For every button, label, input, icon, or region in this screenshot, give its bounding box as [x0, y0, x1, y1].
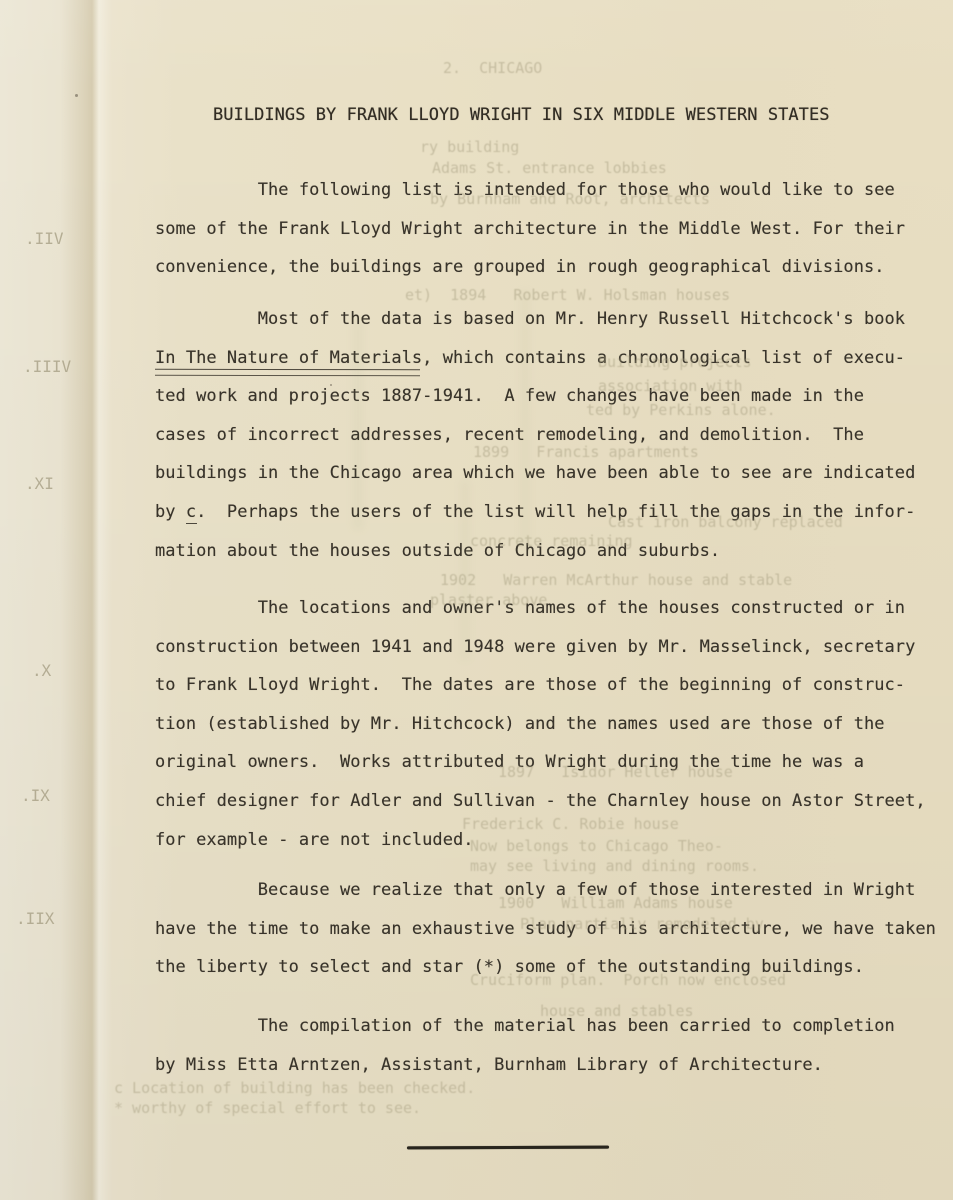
ghost-text: Building projects: [598, 353, 752, 371]
ghost-text: Cruciform plan. Porch now enclosed: [470, 971, 786, 989]
bleedthrough-numeral: VIII.: [23, 358, 71, 376]
ghost-text: 1899 Francis apartments: [473, 443, 699, 461]
ghost-text: Plan partially remodeled by: [520, 915, 764, 933]
ghost-text: 1897 Isidor Heller house: [498, 763, 733, 781]
ink-smudge: [460, 480, 470, 660]
ghost-text: ry building: [420, 138, 519, 156]
ghost-text: plaster above: [430, 591, 547, 609]
bleedthrough-numeral: VII.: [25, 230, 64, 248]
paragraph: The compilation of the material has been…: [155, 1007, 895, 1084]
page-title: BUILDINGS BY FRANK LLOYD WRIGHT IN SIX M…: [213, 96, 830, 135]
paper-speckle: [867, 226, 869, 228]
bleedthrough-numeral: XII.: [16, 910, 55, 928]
ghost-text: house and stables: [540, 1002, 694, 1020]
marker-c-underline: [186, 523, 197, 524]
ink-smudge: [520, 290, 530, 550]
ghost-text: concrete remaining: [470, 532, 633, 550]
paper-speckle: [330, 384, 332, 386]
paragraph: The following list is intended for those…: [155, 171, 905, 287]
ghost-text: Now belongs to Chicago Theo-: [470, 837, 723, 855]
text-line: Most of the data is based on Mr. Henry R…: [155, 300, 915, 339]
text-line: The compilation of the material has been…: [155, 1007, 895, 1046]
ghost-text: 2. CHICAGO: [443, 59, 542, 77]
ghost-text: et) 1894 Robert W. Holsman houses: [405, 286, 730, 304]
ghost-text: association with: [598, 377, 743, 395]
ghost-text: by Burnham and Root, architects: [430, 190, 710, 208]
ghost-text: ted by Perkins alone.: [586, 401, 776, 419]
bleedthrough-numeral: IX.: [25, 475, 54, 493]
text-line: construction between 1941 and 1948 were …: [155, 628, 926, 667]
ghost-text: c Location of building has been checked.: [114, 1079, 475, 1097]
footer-rule: [407, 1146, 609, 1149]
ghost-text: 1902 Warren McArthur house and stable: [440, 571, 792, 589]
page-crease: [70, 0, 115, 1200]
ghost-text: 1900 William Adams house: [498, 894, 733, 912]
document-page: { "page": { "title": "BUILDINGS BY FRANK…: [0, 0, 953, 1200]
text-line: to Frank Lloyd Wright. The dates are tho…: [155, 666, 926, 705]
text-line: ted work and projects 1887-1941. A few c…: [155, 377, 915, 416]
text-line: some of the Frank Lloyd Wright architect…: [155, 210, 905, 249]
ghost-text: Frederick C. Robie house: [462, 815, 679, 833]
bleedthrough-numeral: XI.: [21, 787, 50, 805]
ghost-text: may see living and dining rooms.: [470, 857, 759, 875]
ghost-text: Cast iron balcony replaced: [608, 513, 843, 531]
ghost-text: Adams St. entrance lobbies: [432, 159, 667, 177]
ink-smudge: [352, 320, 364, 530]
text-line: tion (established by Mr. Hitchcock) and …: [155, 705, 926, 744]
text-line: convenience, the buildings are grouped i…: [155, 248, 905, 287]
book-title-underline: [155, 369, 420, 376]
ghost-text: * worthy of special effort to see.: [114, 1099, 421, 1117]
bleedthrough-numeral: X.: [32, 662, 51, 680]
paper-speckle: [75, 94, 78, 97]
